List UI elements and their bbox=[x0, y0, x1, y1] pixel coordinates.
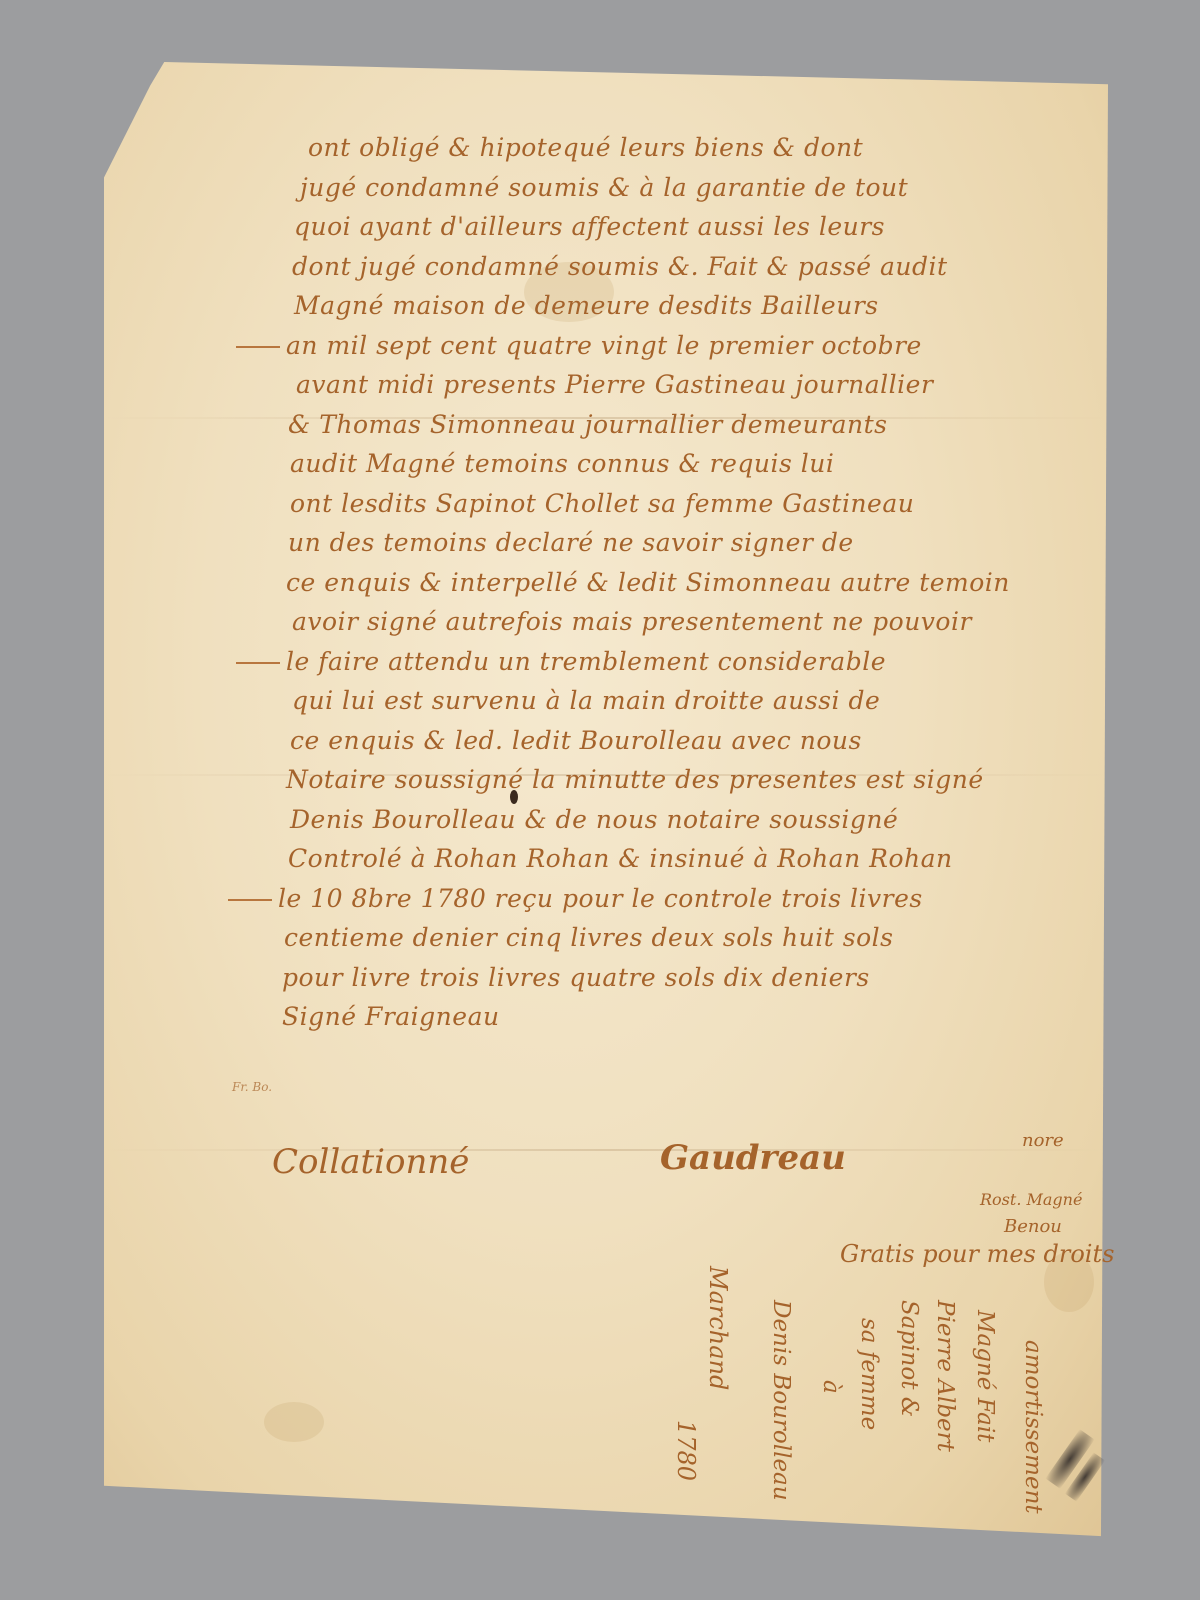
line-flourish bbox=[228, 899, 272, 901]
text-line: Signé Fraigneau bbox=[282, 997, 1162, 1037]
text-line: Controlé à Rohan Rohan & insinué à Rohan… bbox=[288, 839, 1168, 879]
vertical-note: Pierre Albert bbox=[932, 1300, 958, 1452]
text-line: Notaire soussigné la minutte des present… bbox=[286, 760, 1166, 800]
text-line: pour livre trois livres quatre sols dix … bbox=[282, 958, 1162, 998]
vertical-note-year: 1780 bbox=[672, 1420, 700, 1481]
text-line: avant midi presents Pierre Gastineau jou… bbox=[296, 365, 1176, 405]
text-line: avoir signé autrefois mais presentement … bbox=[292, 602, 1172, 642]
text-line: audit Magné temoins connus & requis lui bbox=[290, 444, 1170, 484]
text-line: jugé condamné soumis & à la garantie de … bbox=[300, 168, 1180, 208]
notary-signature: Gaudreau bbox=[660, 1138, 846, 1178]
text-line: centieme denier cinq livres deux sols hu… bbox=[284, 918, 1164, 958]
text-line-content: le 10 8bre 1780 reçu pour le controle tr… bbox=[278, 884, 923, 913]
vertical-note: à bbox=[818, 1380, 844, 1394]
text-line: dont jugé condamné soumis &. Fait & pass… bbox=[292, 247, 1172, 287]
text-line: & Thomas Simonneau journallier demeurant… bbox=[288, 405, 1168, 445]
collationne-mark: Collationné bbox=[272, 1142, 469, 1182]
text-line: ont obligé & hipotequé leurs biens & don… bbox=[308, 128, 1188, 168]
vertical-note: Sapinot & bbox=[896, 1300, 922, 1417]
margin-mark: Fr. Bo. bbox=[232, 1080, 272, 1094]
text-line-content: an mil sept cent quatre vingt le premier… bbox=[286, 331, 922, 360]
text-line: Magné maison de demeure desdits Bailleur… bbox=[294, 286, 1174, 326]
fold-crease-lower bbox=[104, 1149, 1108, 1151]
line-flourish bbox=[236, 662, 280, 664]
text-line: ont lesdits Sapinot Chollet sa femme Gas… bbox=[290, 484, 1170, 524]
ink-blot bbox=[510, 790, 518, 804]
vertical-note: amortissement bbox=[1020, 1340, 1046, 1514]
fee-annotation: Gratis pour mes droits bbox=[840, 1240, 1114, 1268]
text-line: quoi ayant d'ailleurs affectent aussi le… bbox=[294, 207, 1174, 247]
paper-stain bbox=[264, 1402, 324, 1442]
text-line: ce enquis & interpellé & ledit Simonneau… bbox=[286, 563, 1166, 603]
document-body: ont obligé & hipotequé leurs biens & don… bbox=[200, 128, 1080, 1037]
text-line: le faire attendu un tremblement consider… bbox=[236, 642, 1116, 682]
text-line: un des temoins declaré ne savoir signer … bbox=[288, 523, 1168, 563]
text-line: an mil sept cent quatre vingt le premier… bbox=[236, 326, 1116, 366]
vertical-note: Magné Fait bbox=[972, 1310, 998, 1442]
registration-annotation: Benou bbox=[1004, 1216, 1062, 1237]
text-line: ce enquis & led. ledit Bourolleau avec n… bbox=[290, 721, 1170, 761]
text-line: Denis Bourolleau & de nous notaire souss… bbox=[290, 800, 1170, 840]
text-line: qui lui est survenu à la main droitte au… bbox=[292, 681, 1172, 721]
notary-signature-suffix: nore bbox=[1022, 1130, 1064, 1151]
text-line-content: le faire attendu un tremblement consider… bbox=[286, 647, 886, 676]
text-line: le 10 8bre 1780 reçu pour le controle tr… bbox=[228, 879, 1108, 919]
vertical-note: Marchand bbox=[704, 1266, 732, 1390]
line-flourish bbox=[236, 346, 280, 348]
vertical-note: Denis Bourolleau bbox=[768, 1300, 794, 1501]
registration-annotation: Rost. Magné bbox=[980, 1190, 1082, 1209]
vertical-note: sa femme bbox=[856, 1318, 882, 1430]
